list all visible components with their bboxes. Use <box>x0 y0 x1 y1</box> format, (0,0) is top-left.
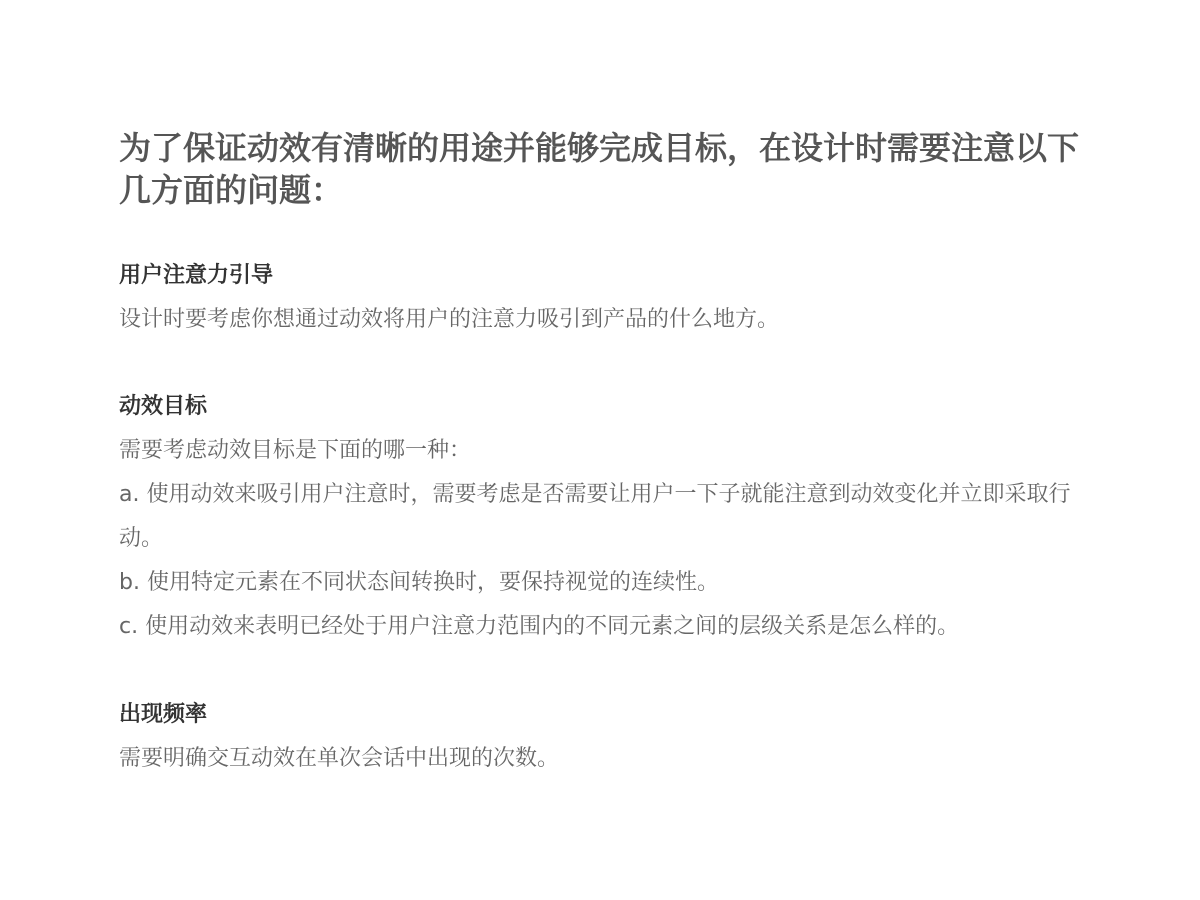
section-heading: 动效目标 <box>119 392 1084 422</box>
section-paragraph: 需要考虑动效目标是下面的哪一种： <box>119 429 1084 473</box>
section-paragraph: 需要明确交互动效在单次会话中出现的次数。 <box>119 737 1084 781</box>
section-heading: 出现频率 <box>119 700 1084 730</box>
page-title: 为了保证动效有清晰的用途并能够完成目标，在设计时需要注意以下几方面的问题： <box>119 127 1084 211</box>
section-attention-guidance: 用户注意力引导 设计时要考虑你想通过动效将用户的注意力吸引到产品的什么地方。 <box>119 261 1084 342</box>
section-animation-goal: 动效目标 需要考虑动效目标是下面的哪一种： a. 使用动效来吸引用户注意时，需要… <box>119 392 1084 649</box>
document-page: 为了保证动效有清晰的用途并能够完成目标，在设计时需要注意以下几方面的问题： 用户… <box>119 127 1084 211</box>
list-item: b. 使用特定元素在不同状态间转换时，要保持视觉的连续性。 <box>119 561 1084 605</box>
goal-list: a. 使用动效来吸引用户注意时，需要考虑是否需要让用户一下子就能注意到动效变化并… <box>119 473 1084 649</box>
list-item: a. 使用动效来吸引用户注意时，需要考虑是否需要让用户一下子就能注意到动效变化并… <box>119 473 1084 561</box>
list-item: c. 使用动效来表明已经处于用户注意力范围内的不同元素之间的层级关系是怎么样的。 <box>119 605 1084 649</box>
section-paragraph: 设计时要考虑你想通过动效将用户的注意力吸引到产品的什么地方。 <box>119 298 1084 342</box>
section-heading: 用户注意力引导 <box>119 261 1084 291</box>
section-frequency: 出现频率 需要明确交互动效在单次会话中出现的次数。 <box>119 700 1084 781</box>
